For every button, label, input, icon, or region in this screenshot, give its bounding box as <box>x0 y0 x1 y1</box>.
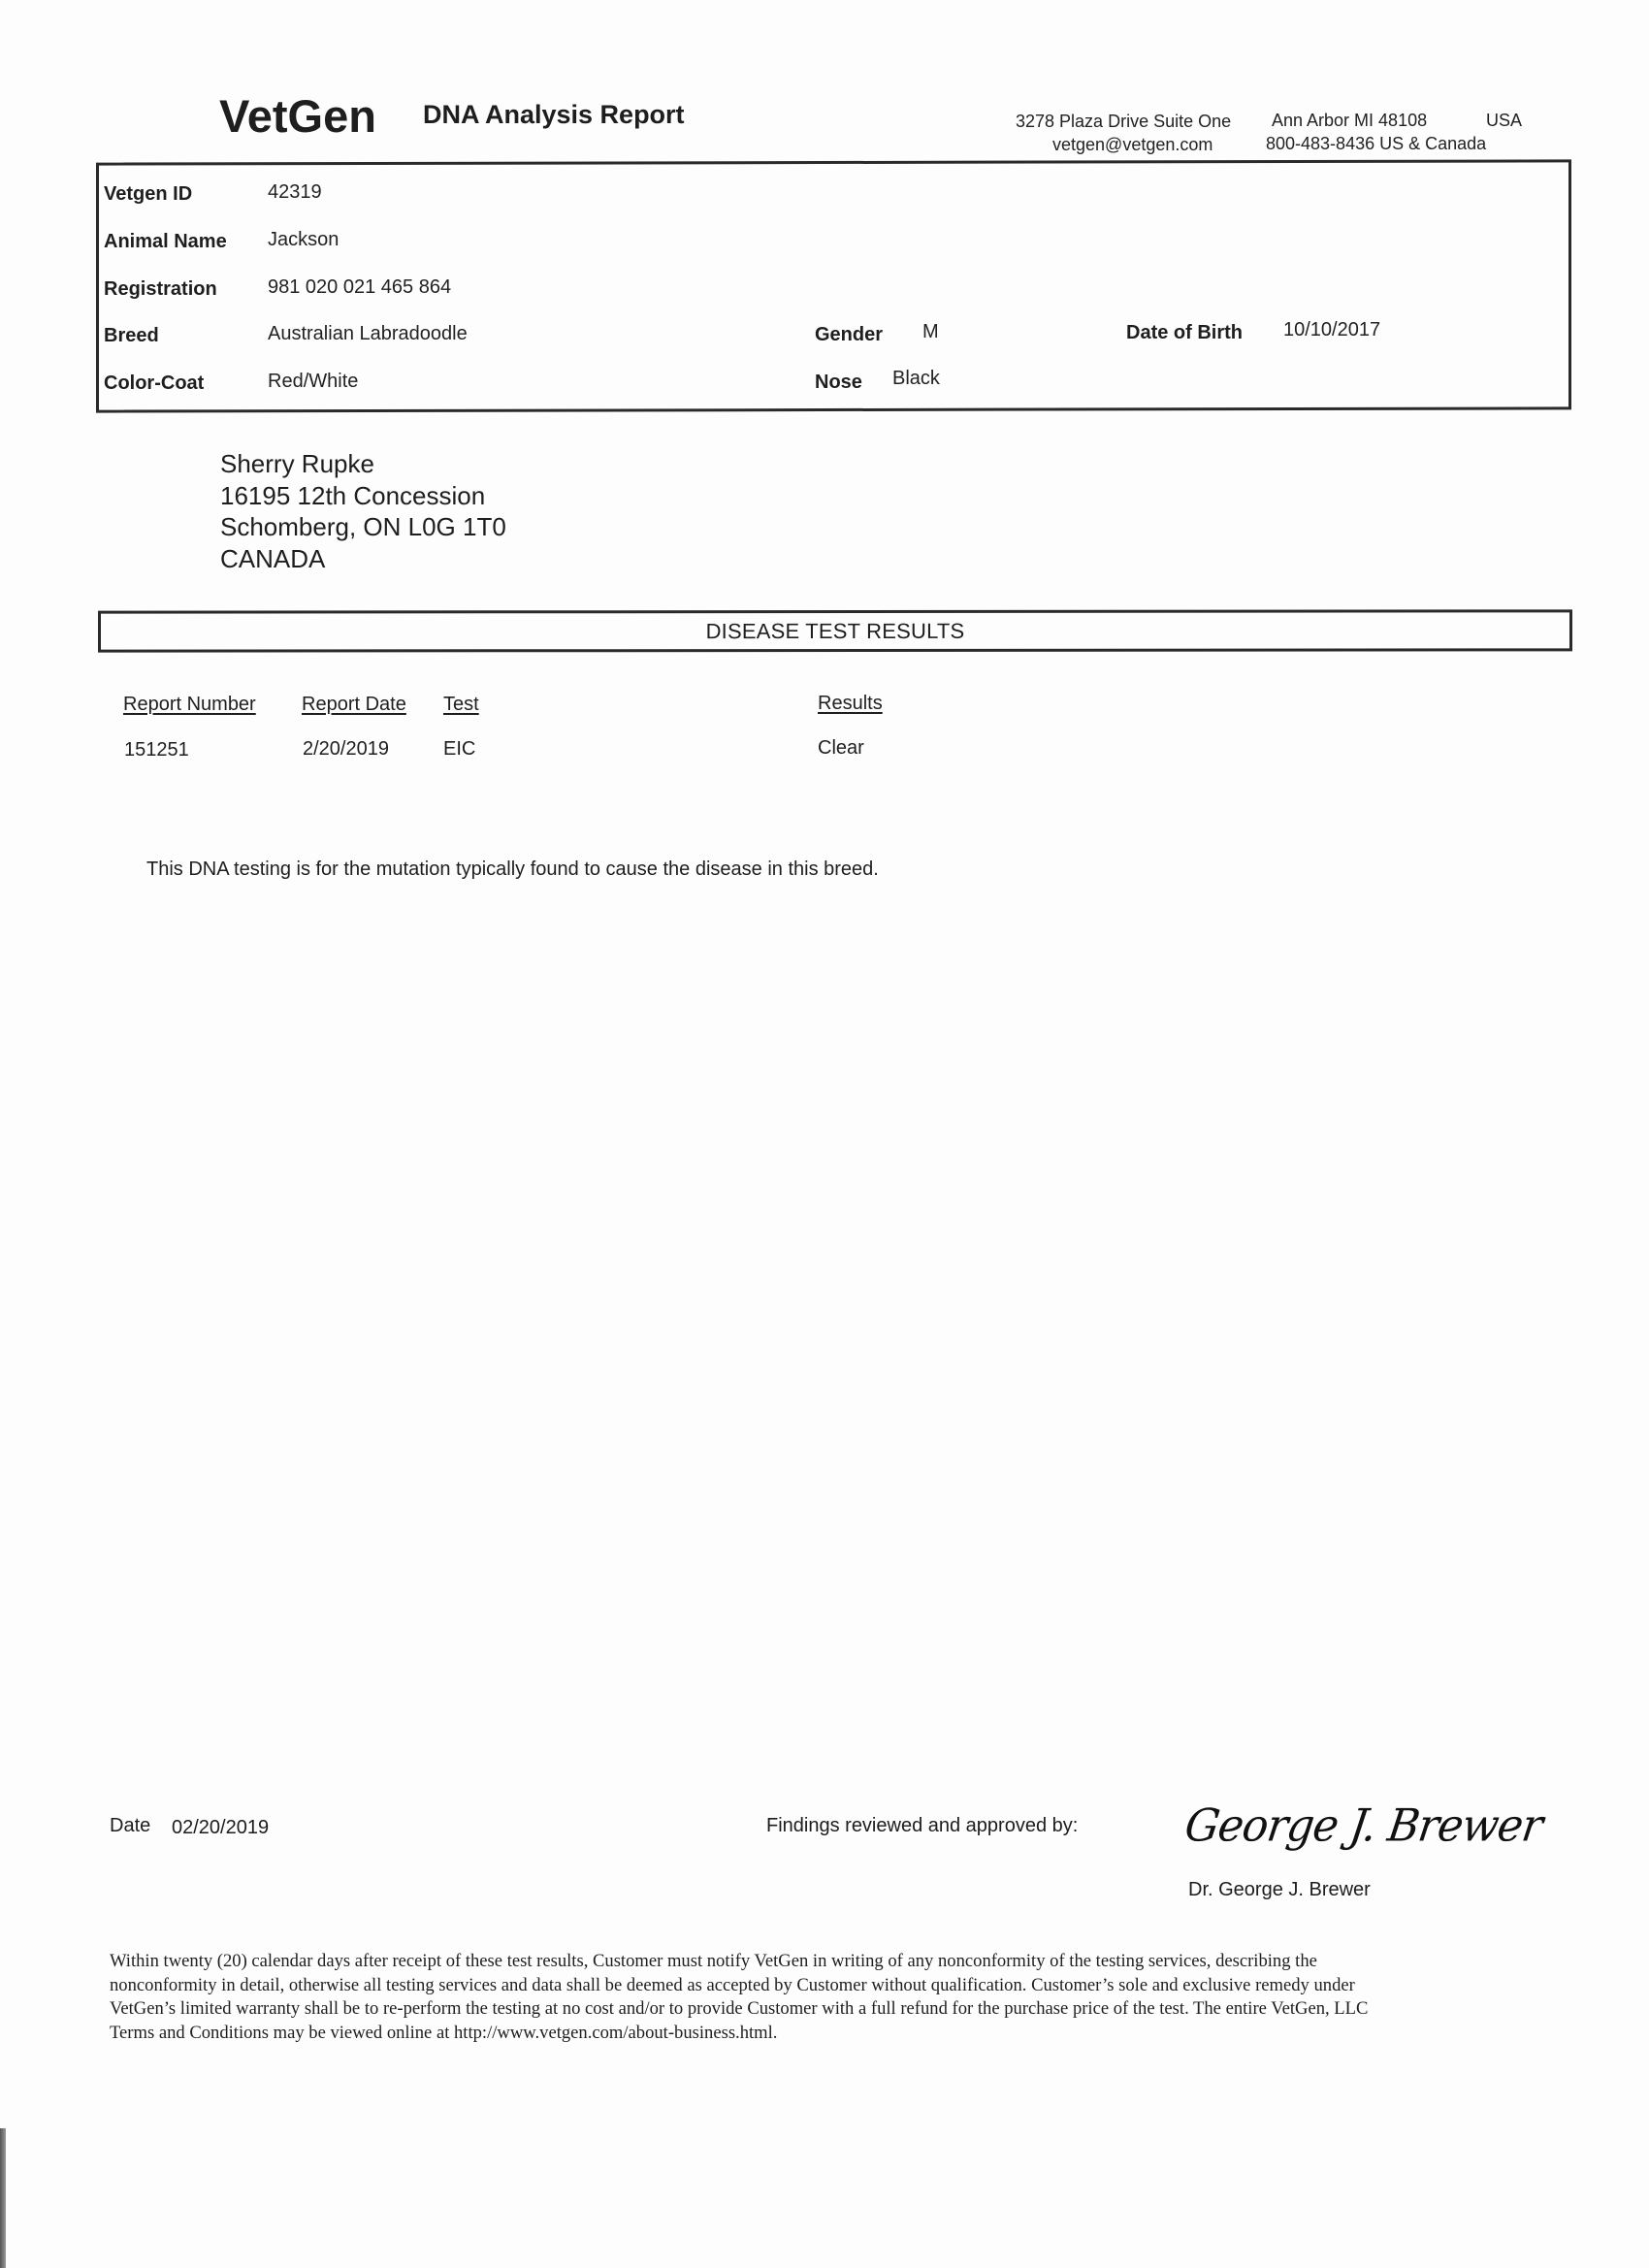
test-cell: EIC <box>443 738 475 761</box>
dob-label: Date of Birth <box>1126 322 1243 344</box>
color-coat-label: Color-Coat <box>104 373 204 395</box>
company-email: vetgen@vetgen.com <box>1052 135 1212 155</box>
result-cell: Clear <box>818 737 864 760</box>
breed-value: Australian Labradoodle <box>268 323 468 345</box>
owner-name: Sherry Rupke <box>220 448 506 480</box>
animal-name-label: Animal Name <box>104 231 227 253</box>
column-header-report-date: Report Date <box>302 694 406 716</box>
test-note: This DNA testing is for the mutation typ… <box>146 859 879 881</box>
dob-value: 10/10/2017 <box>1283 319 1380 341</box>
animal-name-value: Jackson <box>268 229 339 251</box>
owner-street: 16195 12th Concession <box>220 480 506 512</box>
owner-address: Sherry Rupke 16195 12th Concession Schom… <box>220 448 506 574</box>
disease-results-header: DISEASE TEST RESULTS <box>98 609 1572 652</box>
report-date-value: 02/20/2019 <box>172 1817 269 1839</box>
company-city: Ann Arbor MI 48108 <box>1272 111 1427 131</box>
report-title: DNA Analysis Report <box>423 100 685 130</box>
gender-label: Gender <box>815 324 883 346</box>
vetgen-logo: VetGen <box>219 89 376 143</box>
signature: George J. Brewer <box>1181 1800 1545 1853</box>
report-date-cell: 2/20/2019 <box>303 738 389 761</box>
color-coat-value: Red/White <box>268 371 358 393</box>
disclaimer-text: Within twenty (20) calendar days after r… <box>110 1950 1409 2045</box>
findings-approved-label: Findings reviewed and approved by: <box>766 1815 1078 1837</box>
company-phone: 800-483-8436 US & Canada <box>1266 134 1486 154</box>
column-header-test: Test <box>443 694 479 716</box>
company-country: USA <box>1486 111 1522 131</box>
owner-country: CANADA <box>220 543 506 575</box>
nose-value: Black <box>892 368 940 390</box>
vetgen-id-value: 42319 <box>268 181 322 204</box>
registration-value: 981 020 021 465 864 <box>268 276 451 299</box>
breed-label: Breed <box>104 325 159 347</box>
section-title: DISEASE TEST RESULTS <box>706 618 965 643</box>
vetgen-id-label: Vetgen ID <box>104 183 192 206</box>
owner-city: Schomberg, ON L0G 1T0 <box>220 511 506 543</box>
column-header-report-number: Report Number <box>123 694 256 716</box>
scan-edge-shadow <box>0 2128 6 2268</box>
signer-name: Dr. George J. Brewer <box>1188 1879 1371 1901</box>
report-number-cell: 151251 <box>124 739 189 761</box>
report-date-label: Date <box>110 1815 150 1837</box>
gender-value: M <box>922 321 939 343</box>
company-street: 3278 Plaza Drive Suite One <box>1016 112 1231 132</box>
registration-label: Registration <box>104 278 217 301</box>
column-header-results: Results <box>818 693 883 715</box>
nose-label: Nose <box>815 372 862 394</box>
